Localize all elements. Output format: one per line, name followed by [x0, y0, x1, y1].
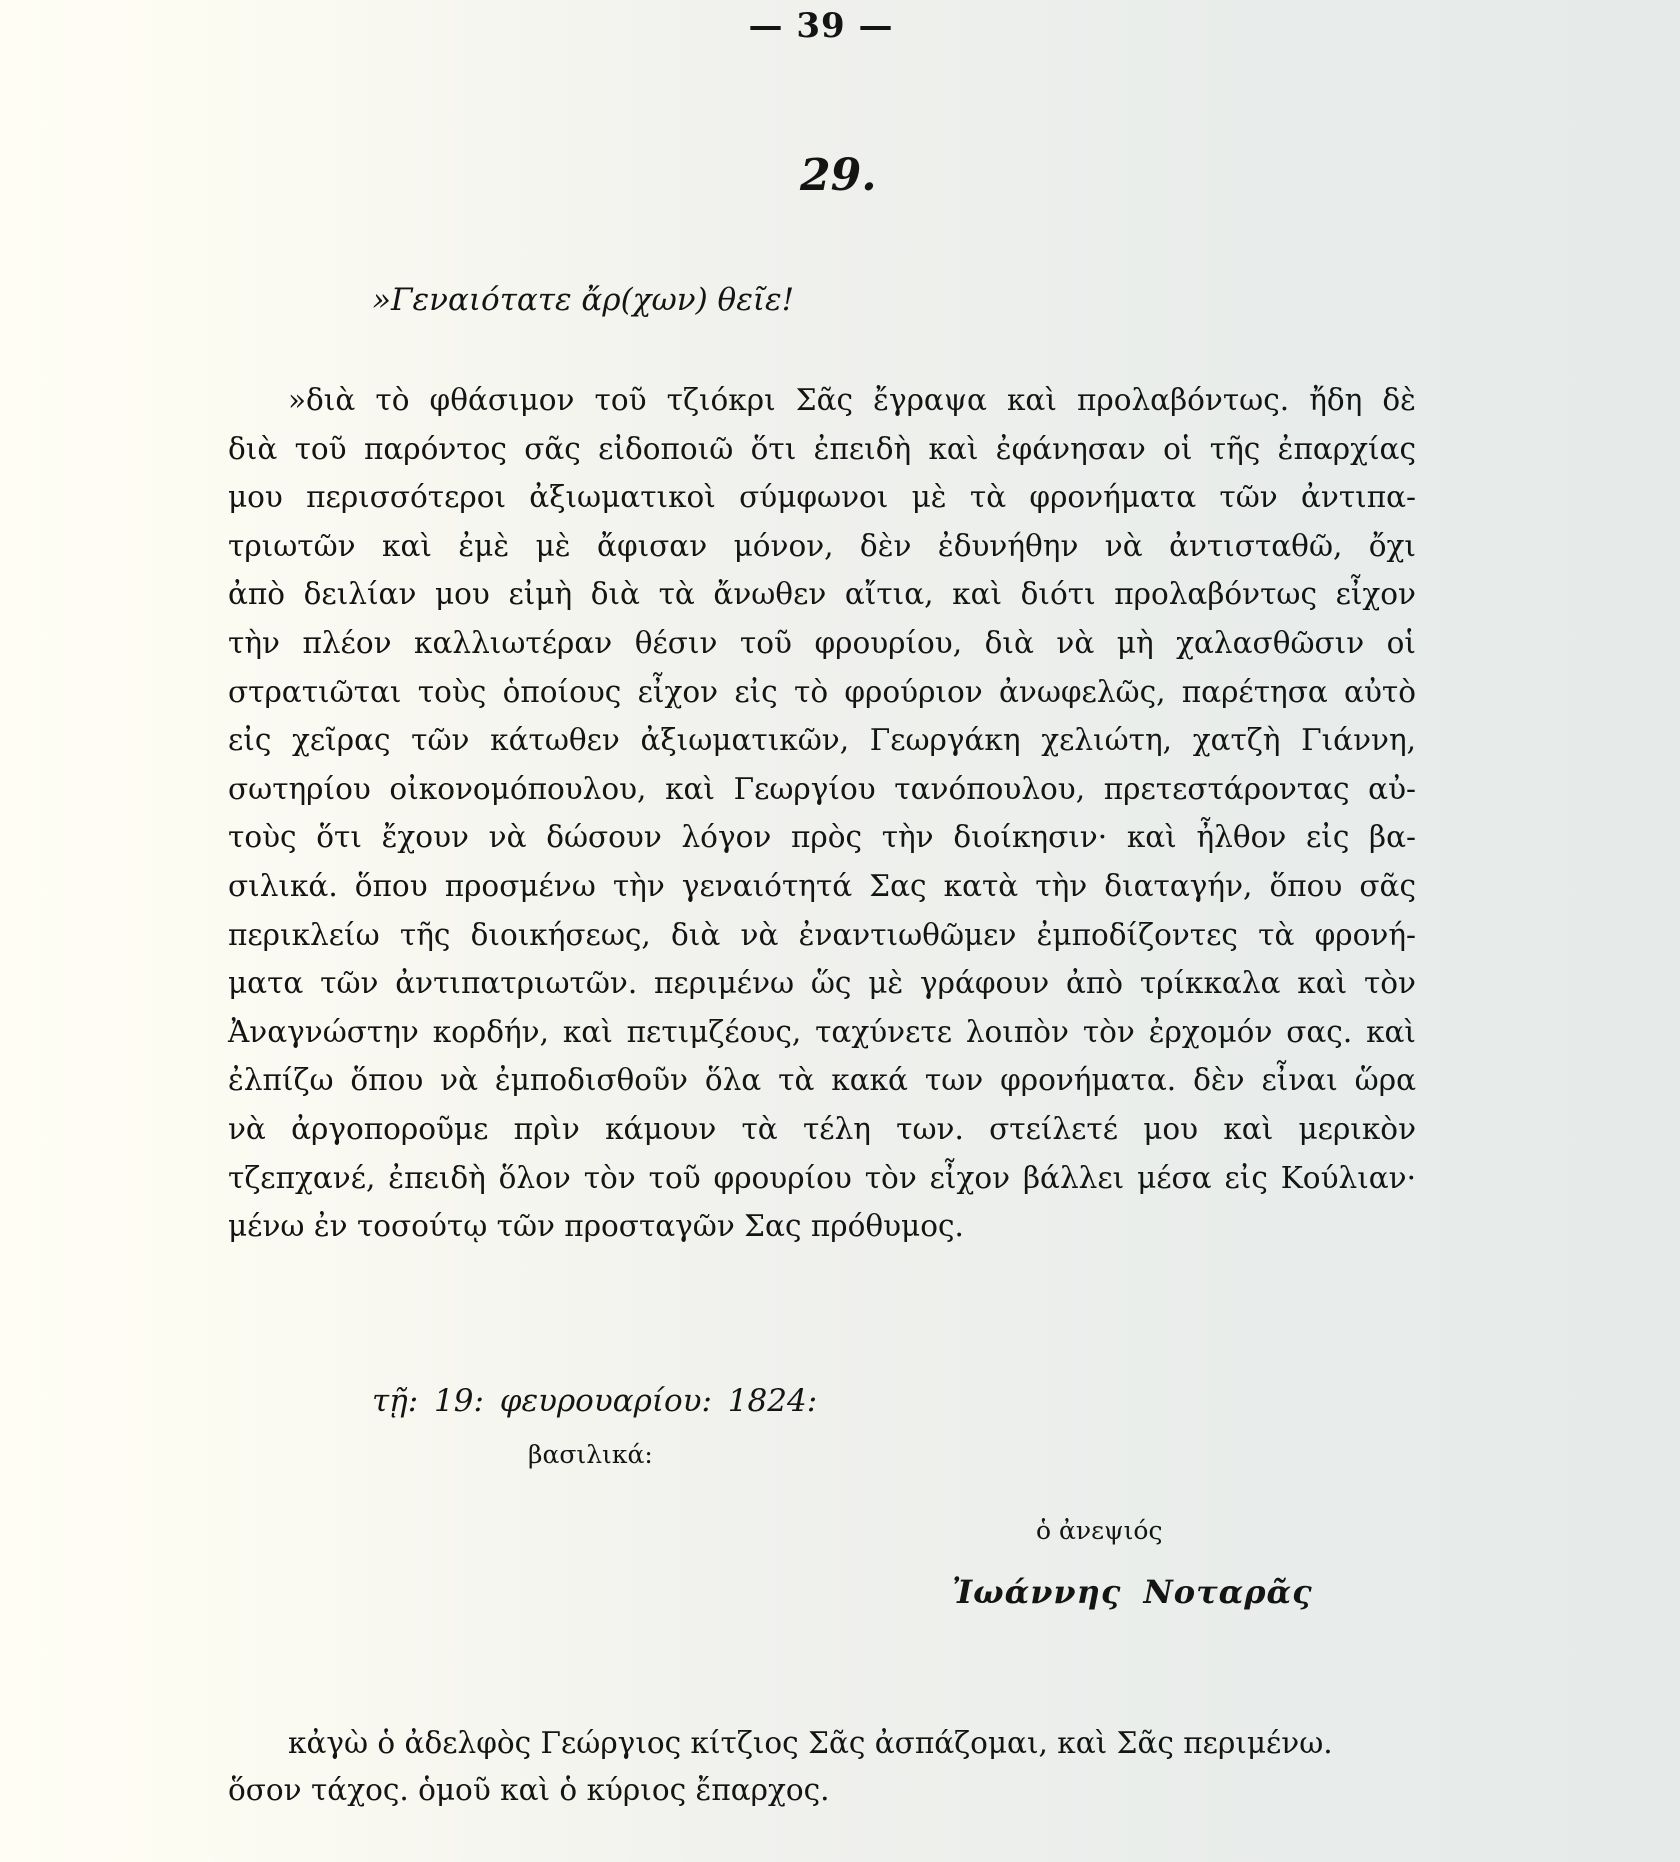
body-line: μένω ἐν τοσούτῳ τῶν προσταγῶν Σας πρόθυμ… [228, 1202, 1416, 1251]
body-line: νὰ ἀργοποροῦμε πρὶν κάμουν τὰ τέλη των. … [228, 1105, 1416, 1154]
body-line: ματα τῶν ἀντιπατριωτῶν. περιμένω ὥς μὲ γ… [228, 959, 1416, 1008]
body-line: στρατιῶται τοὺς ὁποίους εἶχον εἰς τὸ φρο… [228, 668, 1416, 717]
body-line: Ἀναγνώστην κορδήν, καὶ πετιμζέους, ταχύν… [228, 1008, 1416, 1057]
postscript: κἀγὼ ὁ ἀδελφὸς Γεώργιος κίτζιος Σᾶς ἀσπά… [228, 1720, 1274, 1814]
body-line: ἀπὸ δειλίαν μου εἰμὴ διὰ τὰ ἄνωθεν αἴτια… [228, 570, 1416, 619]
body-line: τὴν πλέον καλλιωτέραν θέσιν τοῦ φρουρίου… [228, 619, 1416, 668]
body-line: περικλείω τῆς διοικήσεως, διὰ νὰ ἐναντιω… [228, 911, 1416, 960]
signature: Ἰωάννης Νοταρᾶς [952, 1573, 1313, 1611]
document-page: — 39 — 29. »Γεναιότατε ἄρ(χων) θεῖε! »δι… [0, 0, 1680, 1862]
body-line: ἐλπίζω ὅπου νὰ ἐμποδισθοῦν ὅλα τὰ κακά τ… [228, 1056, 1416, 1105]
body-line: τζεπχανέ, ἐπειδὴ ὅλον τὸν τοῦ φρουρίου τ… [228, 1154, 1416, 1203]
closing: ὁ ἀνεψιός [1036, 1516, 1163, 1545]
letter-body: »διὰ τὸ φθάσιμον τοῦ τζιόκρι Σᾶς ἔγραψα … [228, 376, 1416, 1251]
place-line: βασιλικά: [528, 1440, 653, 1469]
body-line: »διὰ τὸ φθάσιμον τοῦ τζιόκρι Σᾶς ἔγραψα … [228, 376, 1416, 425]
salutation: »Γεναιότατε ἄρ(χων) θεῖε! [372, 282, 794, 318]
body-line: σωτηρίου οἰκονομόπουλου, καὶ Γεωργίου τα… [228, 765, 1416, 814]
date-line: τῇ: 19: φευρουαρίου: 1824: [372, 1383, 817, 1419]
postscript-line: ὅσον τάχος. ὁμοῦ καὶ ὁ κύριος ἔπαρχος. [228, 1767, 1274, 1814]
postscript-line: κἀγὼ ὁ ἀδελφὸς Γεώργιος κίτζιος Σᾶς ἀσπά… [228, 1720, 1274, 1767]
letter-number: 29. [800, 150, 877, 201]
page-number: — 39 — [0, 6, 1680, 46]
body-line: μου περισσότεροι ἀξιωματικοὶ σύμφωνοι μὲ… [228, 473, 1416, 522]
body-line: εἰς χεῖρας τῶν κάτωθεν ἀξιωματικῶν, Γεωρ… [228, 716, 1416, 765]
body-line: τριωτῶν καὶ ἐμὲ μὲ ἄφισαν μόνον, δὲν ἐδυ… [228, 522, 1416, 571]
body-line: σιλικά. ὅπου προσμένω τὴν γεναιότητά Σας… [228, 862, 1416, 911]
body-line: διὰ τοῦ παρόντος σᾶς εἰδοποιῶ ὅτι ἐπειδὴ… [228, 425, 1416, 474]
body-line: τοὺς ὅτι ἔχουν νὰ δώσουν λόγον πρὸς τὴν … [228, 813, 1416, 862]
page-number-text: — 39 — [749, 6, 894, 46]
